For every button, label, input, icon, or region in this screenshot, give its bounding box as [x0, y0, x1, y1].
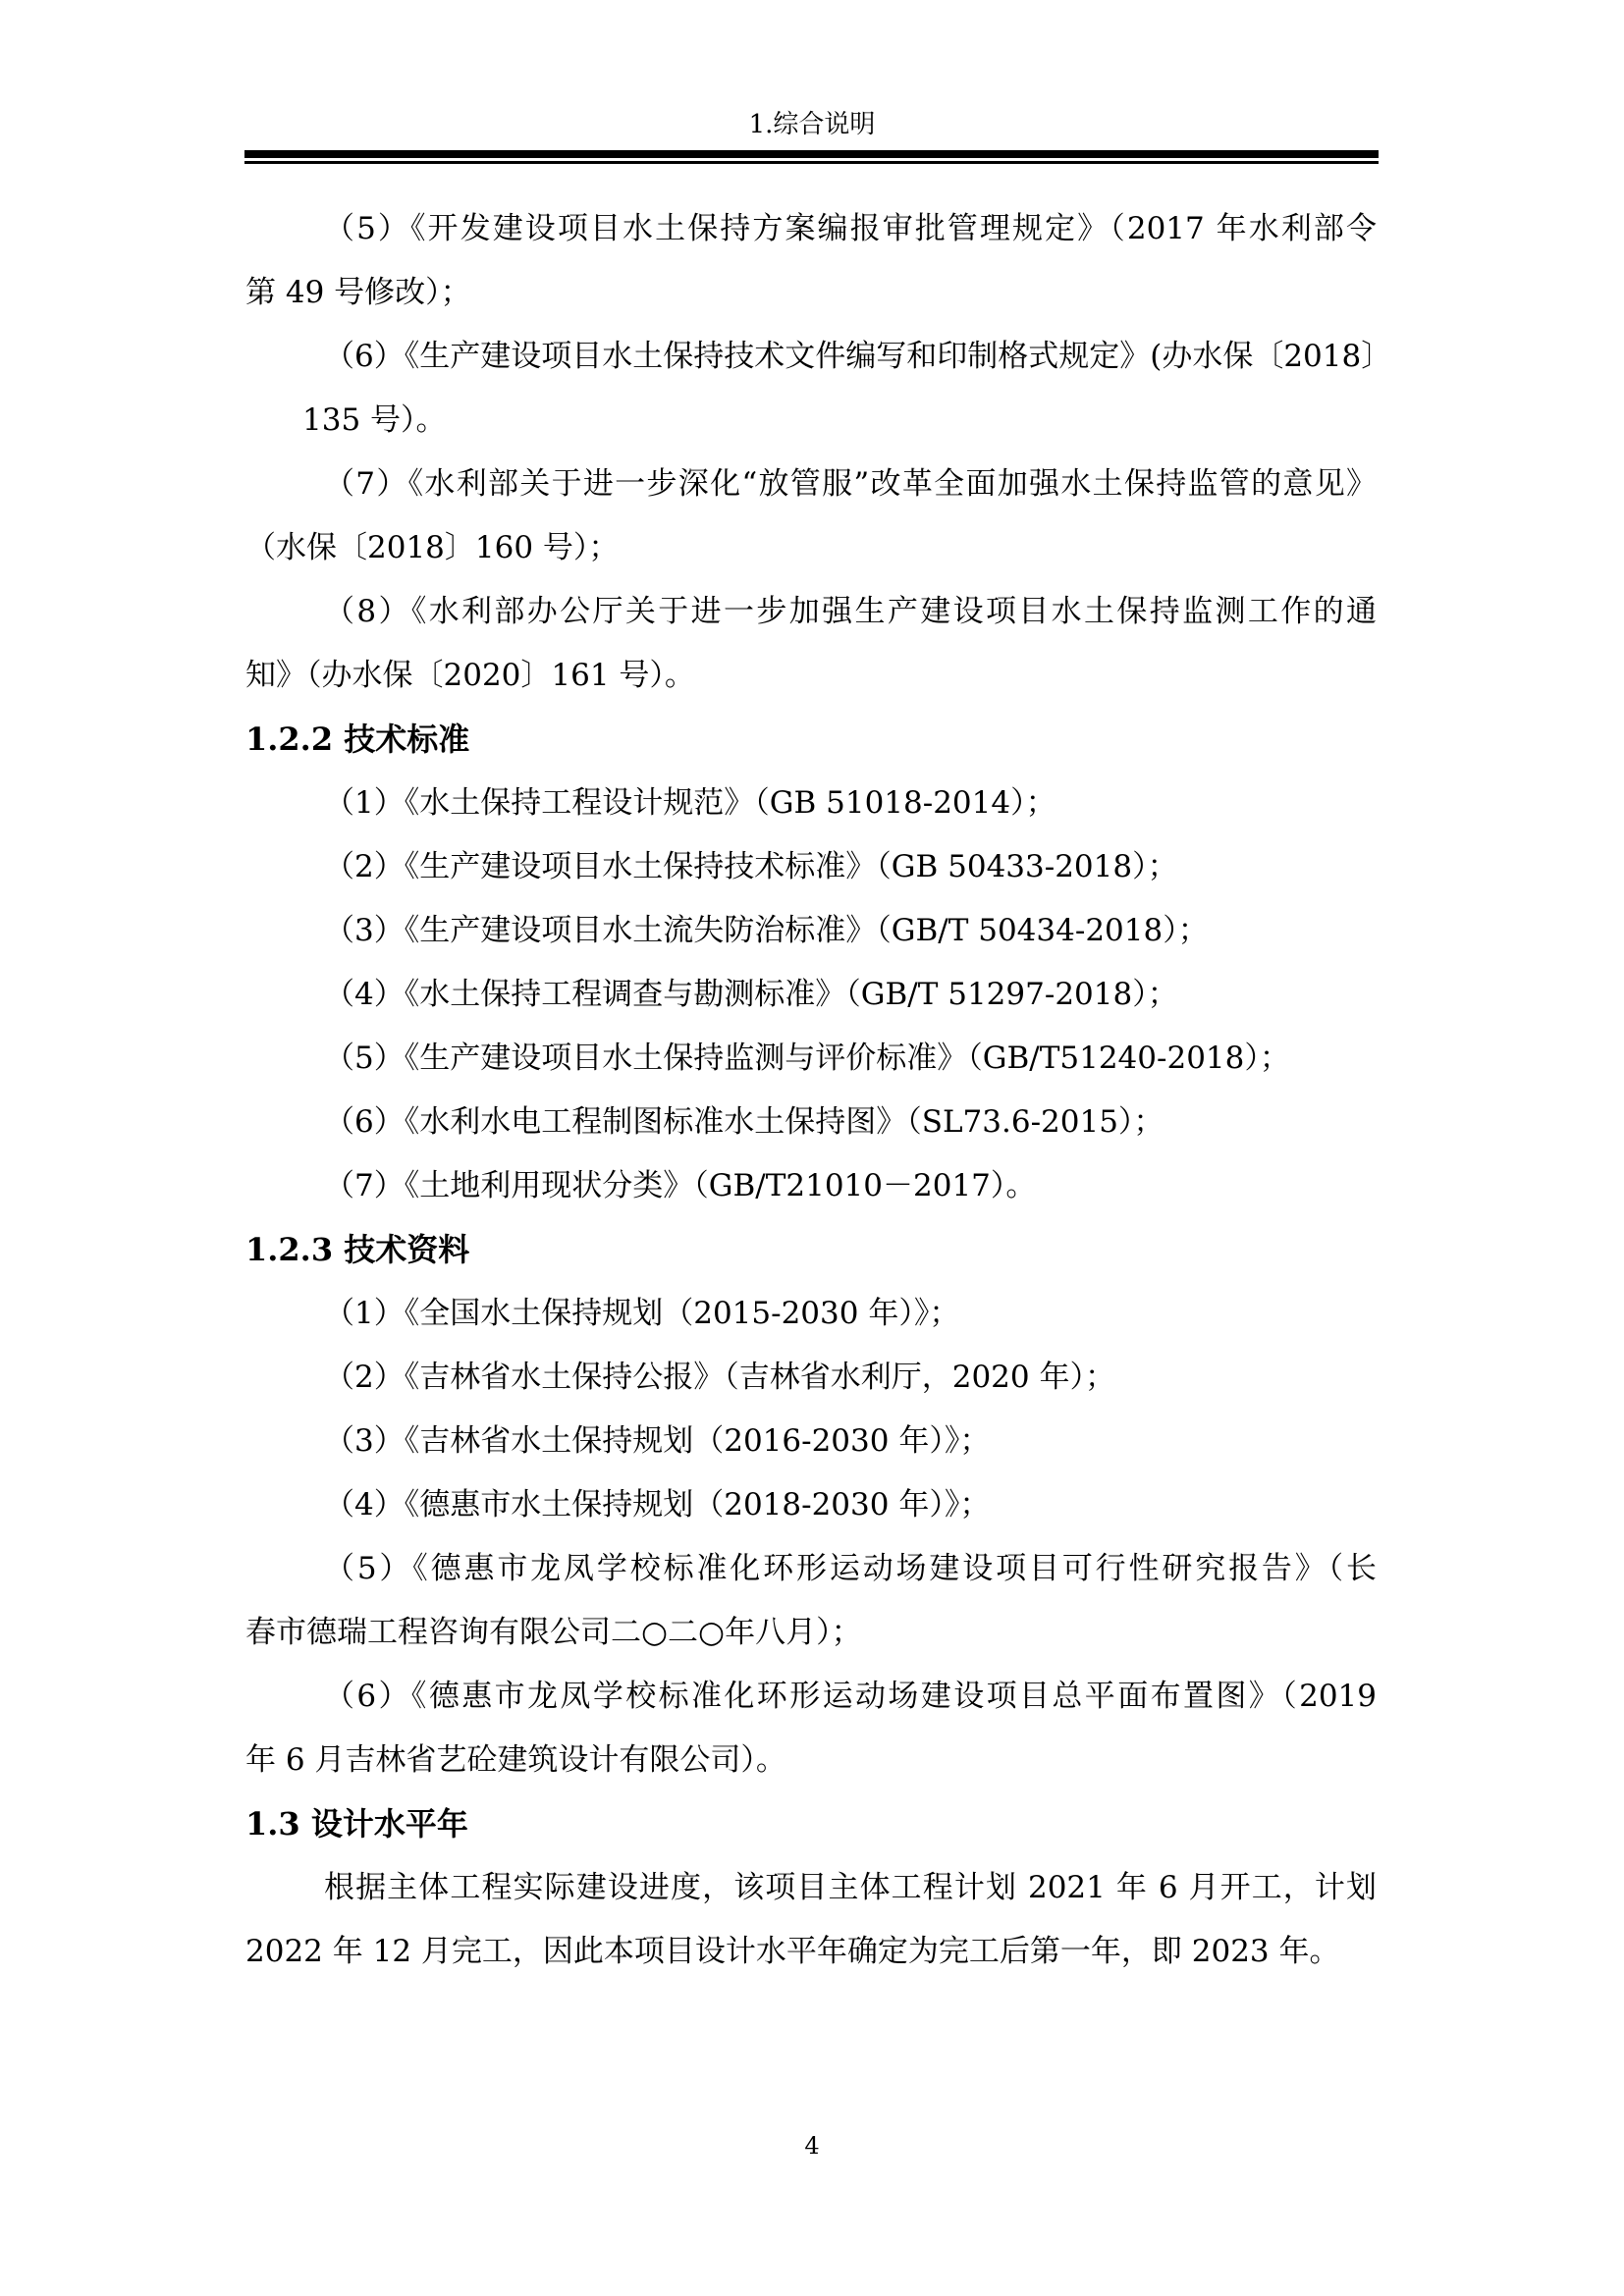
regulation-item-5-line-1: （5）《开发建设项目水土保持方案编报审批管理规定》（2017 年水利部令	[245, 197, 1377, 261]
tech-standard-item-3: （3）《生产建设项目水土流失防治标准》（GB/T 50434-2018）；	[245, 899, 1377, 963]
section-heading-design-year: 1.3 设计水平年	[245, 1792, 1377, 1856]
tech-material-item-2: （2）《吉林省水土保持公报》（吉林省水利厅，2020 年）；	[245, 1346, 1377, 1410]
regulation-item-6-line-1: （6）《生产建设项目水土保持技术文件编写和印制格式规定》(办水保〔2018〕	[245, 325, 1377, 389]
section-heading-tech-materials: 1.2.3 技术资料	[245, 1218, 1377, 1282]
tech-standard-item-5: （5）《生产建设项目水土保持监测与评价标准》（GB/T51240-2018）；	[245, 1027, 1377, 1091]
regulation-item-7-line-1: （7）《水利部关于进一步深化“放管服”改革全面加强水土保持监管的意见》	[245, 453, 1377, 516]
tech-standard-item-2: （2）《生产建设项目水土保持技术标准》（GB 50433-2018）；	[245, 835, 1377, 899]
tech-standard-item-4: （4）《水土保持工程调查与勘测标准》（GB/T 51297-2018）；	[245, 963, 1377, 1027]
header-rule-divider	[244, 150, 1379, 164]
regulation-item-8-line-1: （8）《水利部办公厅关于进一步加强生产建设项目水土保持监测工作的通	[245, 580, 1377, 644]
regulation-item-8-line-2: 知》（办水保〔2020〕161 号）。	[245, 644, 1377, 708]
tech-material-item-5-line-1: （5）《德惠市龙凤学校标准化环形运动场建设项目可行性研究报告》（长	[245, 1537, 1377, 1601]
design-year-para-line-1: 根据主体工程实际建设进度，该项目主体工程计划 2021 年 6 月开工，计划	[245, 1856, 1377, 1920]
tech-standard-item-7: （7）《土地利用现状分类》（GB/T21010－2017）。	[245, 1154, 1377, 1218]
tech-material-item-6-line-1: （6）《德惠市龙凤学校标准化环形运动场建设项目总平面布置图》（2019	[245, 1665, 1377, 1729]
page-header-title: 1.综合说明	[0, 108, 1624, 141]
document-page: 1.综合说明 （5）《开发建设项目水土保持方案编报审批管理规定》（2017 年水…	[0, 0, 1624, 2296]
section-heading-tech-standards: 1.2.2 技术标准	[245, 708, 1377, 772]
document-body: （5）《开发建设项目水土保持方案编报审批管理规定》（2017 年水利部令 第 4…	[245, 197, 1377, 1984]
regulation-item-5-line-2: 第 49 号修改）；	[245, 261, 1377, 325]
tech-standard-item-1: （1）《水土保持工程设计规范》（GB 51018-2014）；	[245, 772, 1377, 835]
tech-material-item-3: （3）《吉林省水土保持规划（2016-2030 年）》；	[245, 1410, 1377, 1473]
design-year-para-line-2: 2022 年 12 月完工，因此本项目设计水平年确定为完工后第一年，即 2023…	[245, 1920, 1377, 1984]
tech-material-item-6-line-2: 年 6 月吉林省艺砼建筑设计有限公司）。	[245, 1729, 1377, 1792]
tech-standard-item-6: （6）《水利水电工程制图标准水土保持图》（SL73.6-2015）；	[245, 1091, 1377, 1154]
tech-material-item-5-line-2: 春市德瑞工程咨询有限公司二○二○年八月）；	[245, 1601, 1377, 1665]
footer-page-number: 4	[0, 2130, 1624, 2162]
tech-material-item-4: （4）《德惠市水土保持规划（2018-2030 年）》；	[245, 1473, 1377, 1537]
regulation-item-6-line-2: 135 号）。	[245, 389, 1377, 453]
regulation-item-7-line-2: （水保〔2018〕160 号）；	[245, 516, 1377, 580]
tech-material-item-1: （1）《全国水土保持规划（2015-2030 年）》；	[245, 1282, 1377, 1346]
